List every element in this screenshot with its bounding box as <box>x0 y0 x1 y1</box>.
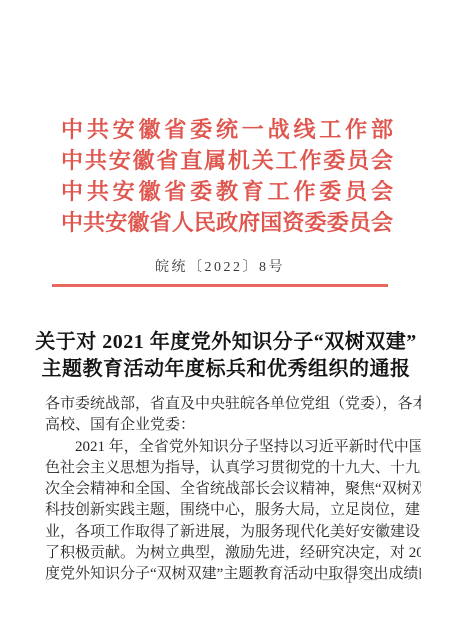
letterhead-char: 中 <box>61 150 83 172</box>
document-title-line-2: 主题教育活动年度标兵和优秀组织的通报 <box>26 356 426 383</box>
body-text-line: 科技创新实践主题，围绕中心，服务大局，立足岗位，建功立 <box>45 500 421 521</box>
letterhead-char: 中 <box>61 212 83 234</box>
document-body: 各市委统战部，省直及中央驻皖各单位党组（党委），各本科高校、国有企业党委：202… <box>45 394 421 586</box>
letterhead-char: 省 <box>164 119 186 141</box>
letterhead-char: 属 <box>204 150 226 172</box>
letterhead-char: 省 <box>156 150 178 172</box>
body-text-line: 了积极贡献。为树立典型，激励先进，经研究决定，对 2021 年 <box>45 543 421 564</box>
letterhead-char: 工 <box>276 150 298 172</box>
letterhead-char: 机 <box>228 150 250 172</box>
letterhead-char: 徽 <box>133 150 155 172</box>
body-text-line: 次全会精神和全国、全省统战部长会议精神，聚焦“双树双建” <box>45 479 421 500</box>
letterhead-char: 中 <box>61 181 83 203</box>
letterhead-char: 员 <box>349 212 371 234</box>
letterhead-char: 关 <box>252 150 274 172</box>
letterhead-char: 委 <box>319 181 341 203</box>
letterhead-char: 委 <box>190 181 212 203</box>
letterhead-char: 会 <box>371 150 393 172</box>
letterhead-char: 育 <box>242 181 264 203</box>
letterhead-char: 工 <box>319 119 341 141</box>
letterhead-char: 委 <box>305 212 327 234</box>
letterhead-char: 员 <box>345 181 367 203</box>
letterhead-char: 省 <box>164 181 186 203</box>
letterhead-char: 作 <box>293 181 315 203</box>
letterhead-org-line-3: 中共安徽省委教育工作委员会 <box>61 176 393 207</box>
letterhead-char: 共 <box>85 150 107 172</box>
letterhead-char: 共 <box>87 181 109 203</box>
document-title-line-1: 关于对 2021 年度党外知识分子“双树双建” <box>26 329 426 356</box>
letterhead-char: 安 <box>113 119 135 141</box>
letterhead-char: 直 <box>180 150 202 172</box>
letterhead-char: 委 <box>190 119 212 141</box>
letterhead-char: 会 <box>371 181 393 203</box>
body-text-line: 高校、国有企业党委： <box>45 415 421 436</box>
letterhead-char: 中 <box>61 119 83 141</box>
letterhead-char: 安 <box>113 181 135 203</box>
body-text-line: 各市委统战部，省直及中央驻皖各单位党组（党委），各本科 <box>45 394 421 415</box>
letterhead-char: 民 <box>194 212 216 234</box>
letterhead-char: 委 <box>323 150 345 172</box>
letterhead-char: 委 <box>327 212 349 234</box>
letterhead-char: 安 <box>109 150 131 172</box>
letterhead-char: 工 <box>268 181 290 203</box>
letterhead-char: 线 <box>293 119 315 141</box>
letterhead-org-line-2: 中共安徽省直属机关工作委员会 <box>61 145 393 176</box>
document-page: 中共安徽省委统一战线工作部 中共安徽省直属机关工作委员会 中共安徽省委教育工作委… <box>0 0 452 629</box>
letterhead-char: 部 <box>371 119 393 141</box>
document-title: 关于对 2021 年度党外知识分子“双树双建” 主题教育活动年度标兵和优秀组织的… <box>26 329 426 383</box>
body-text-line: 色社会主义思想为指导，认真学习贯彻党的十九大、十九届历 <box>45 458 421 479</box>
letterhead: 中共安徽省委统一战线工作部 中共安徽省直属机关工作委员会 中共安徽省委教育工作委… <box>61 114 393 238</box>
letterhead-char: 政 <box>216 212 238 234</box>
body-text-line: 业，各项工作取得了新进展，为服务现代化美好安徽建设作出 <box>45 522 421 543</box>
letterhead-char: 共 <box>83 212 105 234</box>
document-number: 皖统〔2022〕8号 <box>52 256 388 276</box>
letterhead-org-line-1: 中共安徽省委统一战线工作部 <box>61 114 393 145</box>
letterhead-char: 会 <box>371 212 393 234</box>
letterhead-char: 人 <box>172 212 194 234</box>
letterhead-char: 作 <box>299 150 321 172</box>
letterhead-char: 徽 <box>138 181 160 203</box>
letterhead-char: 国 <box>260 212 282 234</box>
letterhead-char: 一 <box>242 119 264 141</box>
letterhead-char: 安 <box>105 212 127 234</box>
letterhead-char: 员 <box>347 150 369 172</box>
body-text-line: 2021 年，全省党外知识分子坚持以习近平新时代中国特 <box>45 437 421 458</box>
letterhead-char: 省 <box>150 212 172 234</box>
letterhead-org-line-4: 中共安徽省人民政府国资委委员会 <box>61 207 393 238</box>
letterhead-char: 战 <box>268 119 290 141</box>
letterhead-char: 教 <box>216 181 238 203</box>
letterhead-char: 资 <box>282 212 304 234</box>
page-number: — 1 — <box>322 571 381 587</box>
letterhead-char: 统 <box>216 119 238 141</box>
letterhead-char: 作 <box>345 119 367 141</box>
letterhead-char: 徽 <box>127 212 149 234</box>
letterhead-char: 共 <box>87 119 109 141</box>
red-divider-rule <box>52 284 388 287</box>
letterhead-char: 府 <box>238 212 260 234</box>
letterhead-char: 徽 <box>138 119 160 141</box>
